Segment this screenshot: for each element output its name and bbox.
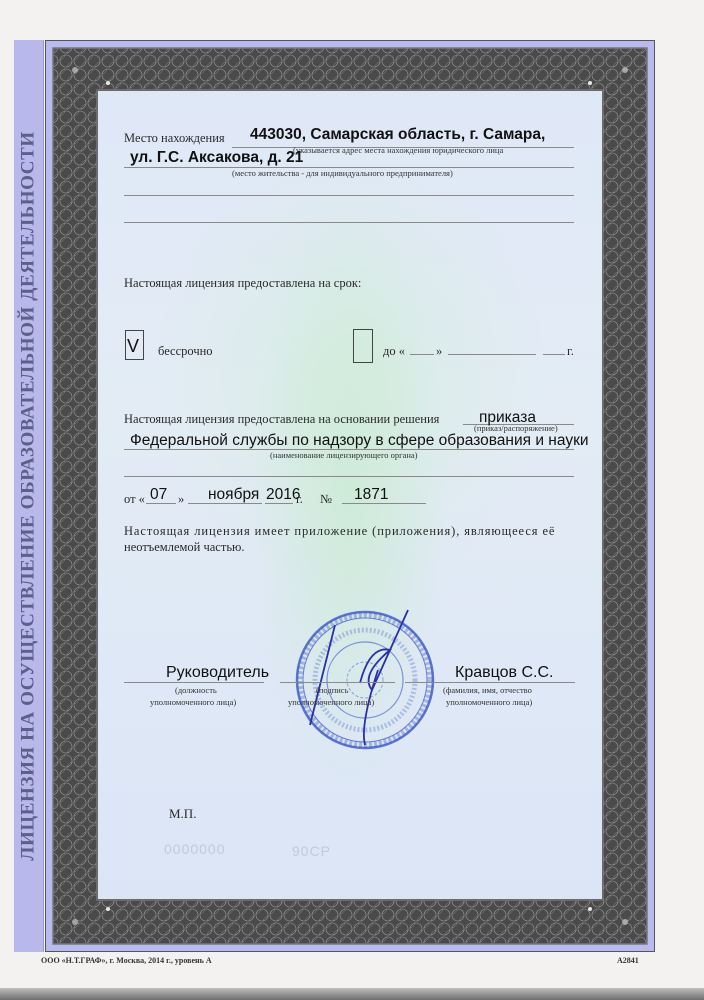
until-suffix: г. (567, 344, 574, 359)
basis-label: Настоящая лицензия предоставлена на осно… (124, 412, 439, 427)
form-code: А2841 (617, 956, 639, 965)
until-month-line (448, 354, 536, 355)
position-caption-2: уполномоченного лица) (150, 697, 236, 708)
until-mid: » (436, 344, 442, 359)
paper-edge-shadow (0, 988, 704, 1000)
day-close: » (178, 492, 184, 507)
authority-line-2 (124, 476, 574, 477)
number-label: № (320, 492, 332, 507)
stamp-place-label: М.П. (169, 806, 196, 822)
until-day-line (410, 354, 434, 355)
number-value: 1871 (354, 486, 388, 504)
term-label: Настоящая лицензия предоставлена на срок… (124, 276, 361, 291)
name-caption-1: (фамилия, имя, отчество (443, 685, 532, 696)
location-label: Место нахождения (124, 131, 225, 146)
month-value: ноября (208, 486, 259, 504)
side-title: ЛИЦЕНЗИЯ НА ОСУЩЕСТВЛЕНИЕ ОБРАЗОВАТЕЛЬНО… (18, 131, 40, 860)
year-suffix: г. (296, 492, 303, 507)
signatory-position: Руководитель (166, 664, 269, 682)
signature-line (280, 682, 395, 683)
appendix-text-1: Настоящая лицензия имеет приложение (при… (124, 524, 555, 539)
authority-caption: (наименование лицензирующего органа) (270, 450, 418, 461)
until-year-line (543, 354, 565, 355)
signature-caption-1: (подпись (316, 685, 348, 696)
indefinite-label: бессрочно (158, 344, 213, 359)
location-line-2-value: ул. Г.С. Аксакова, д. 21 (130, 149, 303, 167)
position-caption-1: (должность (175, 685, 217, 696)
name-caption-2: уполномоченного лица) (446, 697, 532, 708)
side-title-container: ЛИЦЕНЗИЯ НА ОСУЩЕСТВЛЕНИЕ ОБРАЗОВАТЕЛЬНО… (14, 40, 43, 952)
location-line-1-value: 443030, Самарская область, г. Самара, (250, 126, 545, 144)
signatory-name: Кравцов С.С. (455, 664, 553, 682)
official-stamp-icon (290, 605, 440, 755)
authority-value: Федеральной службы по надзору в сфере об… (130, 432, 589, 450)
watermark-number: 0000000 (164, 841, 226, 857)
location-line-3 (124, 195, 574, 196)
watermark-series: 90СР (292, 843, 331, 859)
until-date-checkbox[interactable] (353, 329, 373, 363)
name-line (405, 682, 575, 683)
until-prefix: до « (383, 344, 405, 359)
signature-caption-2: уполномоченного лица) (288, 697, 374, 708)
certificate-body (97, 90, 603, 900)
day-value: 07 (150, 486, 167, 504)
location-line-4 (124, 222, 574, 223)
location-caption-2: (место жительства - для индивидуального … (232, 168, 453, 179)
indefinite-checkbox[interactable]: V (125, 330, 144, 360)
check-mark-icon: V (127, 336, 139, 357)
date-prefix: от « (124, 492, 145, 507)
position-line (124, 682, 264, 683)
location-caption-1: (указывается адрес места нахождения юрид… (293, 145, 503, 156)
printer-imprint: ООО «Н.Т.ГРАФ», г. Москва, 2014 г., уров… (41, 956, 212, 965)
appendix-text-2: неотъемлемой частью. (124, 540, 244, 555)
